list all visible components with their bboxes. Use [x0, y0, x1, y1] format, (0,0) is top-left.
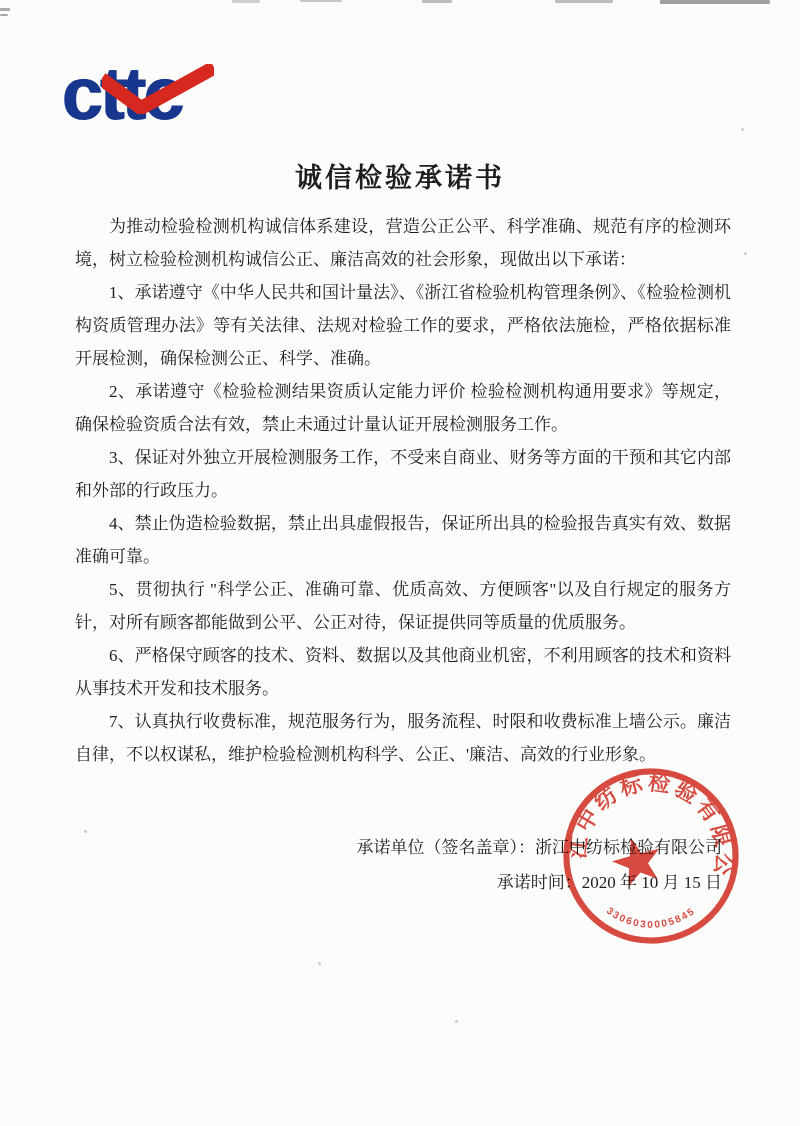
- document-body: 为推动检验检测机构诚信体系建设，营造公正公平、科学准确、规范有序的检测环境，树立…: [75, 210, 731, 771]
- paragraph-item-1: 1、承诺遵守《中华人民共和国计量法》、《浙江省检验机构管理条例》、《检验检测机构…: [75, 276, 731, 375]
- paragraph-item-2: 2、承诺遵守《检验检测结果资质认定能力评价 检验检测机构通用要求》等规定，确保检…: [75, 375, 731, 441]
- scanned-document-page: cttc 诚信检验承诺书 为推动检验检测机构诚信体系建设，营造公正公平、科学准确…: [0, 0, 800, 1126]
- scan-smudge: [0, 8, 10, 11]
- scan-smudge: [232, 0, 260, 3]
- seal-company-ring-text: 浙江中纺标检验有限公司: [565, 761, 746, 880]
- scan-smudge: [660, 0, 770, 4]
- scan-speck: [455, 1020, 458, 1023]
- scan-smudge: [300, 0, 342, 2]
- seal-star-icon: [607, 832, 666, 889]
- cttc-logo: cttc: [62, 60, 252, 132]
- scan-smudge: [422, 0, 452, 3]
- scan-speck: [84, 830, 87, 833]
- paragraph-item-6: 6、严格保守顾客的技术、资料、数据以及其他商业机密，不利用顾客的技术和资料从事技…: [75, 639, 731, 705]
- seal-number-text: 3306030005845: [604, 906, 698, 931]
- scan-smudge: [0, 14, 8, 16]
- paragraph-item-4: 4、禁止伪造检验数据，禁止出具虚假报告，保证所出具的检验报告真实有效、数据准确可…: [75, 507, 731, 573]
- paragraph-item-3: 3、保证对外独立开展检测服务工作，不受来自商业、财务等方面的干预和其它内部和外部…: [75, 441, 731, 507]
- paragraph-intro: 为推动检验检测机构诚信体系建设，营造公正公平、科学准确、规范有序的检测环境，树立…: [75, 210, 731, 276]
- scan-speck: [744, 252, 747, 255]
- scan-smudge: [555, 0, 613, 3]
- company-seal-stamp: 浙江中纺标检验有限公司 3306030005845: [556, 761, 746, 951]
- scan-speck: [318, 962, 321, 965]
- scan-speck: [741, 128, 744, 131]
- document-title: 诚信检验承诺书: [0, 156, 800, 195]
- logo-checkmark-icon: [102, 64, 214, 114]
- paragraph-item-5: 5、贯彻执行 "科学公正、准确可靠、优质高效、方便顾客"以及自行规定的服务方针，…: [75, 573, 731, 639]
